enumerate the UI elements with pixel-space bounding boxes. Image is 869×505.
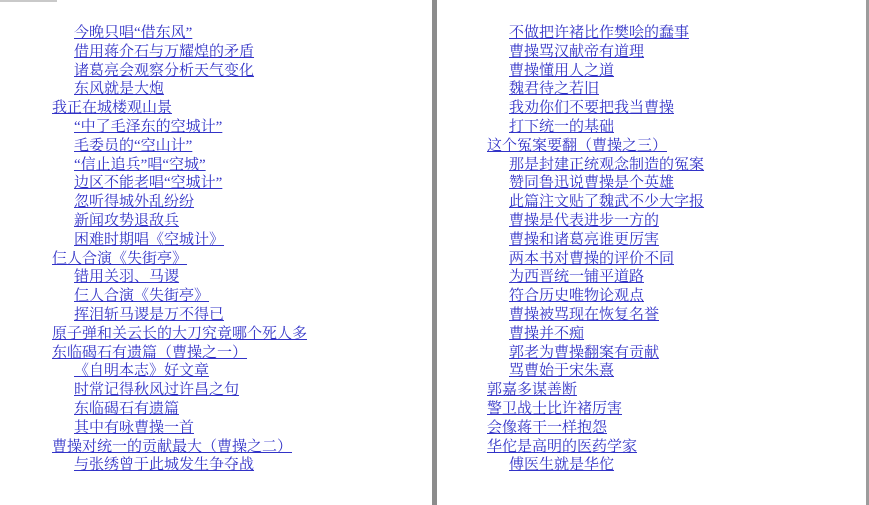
toc-link[interactable]: 曹操被骂现在恢复名誉 [509,307,659,323]
toc-row: 原子弹和关云长的大刀究竟哪个死人多 [52,325,424,344]
document-two-page-view: 今晚只唱“借东风”借用蒋介石与万耀煌的矛盾诸葛亮会观察分析天气变化东风就是大炮我… [0,0,869,505]
toc-link[interactable]: 东临碣石有遗篇（曹操之一） [52,345,247,361]
toc-row: 打下统一的基础 [487,118,859,137]
toc-row: 这个冤案要翻（曹操之三） [487,137,859,156]
toc-link[interactable]: “中了毛泽东的空城计” [74,119,222,135]
toc-link[interactable]: 曹操对统一的贡献最大（曹操之二） [52,439,292,455]
toc-link[interactable]: 曹操是代表进步一方的 [509,213,659,229]
toc-link[interactable]: 郭嘉多谋善断 [487,382,577,398]
toc-link[interactable]: 为西晋统一铺平道路 [509,269,644,285]
toc-row: 忽听得城外乱纷纷 [52,193,424,212]
toc-row: 困难时期唱《空城计》 [52,231,424,250]
toc-row: 与张绣曾于此城发生争夺战 [52,456,424,475]
toc-row: 郭嘉多谋善断 [487,381,859,400]
toc-link[interactable]: 打下统一的基础 [509,119,614,135]
toc-row: 挥泪斩马谡是万不得已 [52,306,424,325]
toc-link[interactable]: 东临碣石有遗篇 [74,401,179,417]
toc-link[interactable]: 忽听得城外乱纷纷 [74,194,194,210]
toc-link[interactable]: 曹操骂汉献帝有道理 [509,44,644,60]
toc-row: 曹操被骂现在恢复名誉 [487,306,859,325]
toc-row: 魏君待之若旧 [487,80,859,99]
toc-row: “信止追兵”唱“空城” [52,156,424,175]
toc-row: 我劝你们不要把我当曹操 [487,99,859,118]
toc-row: 仨人合演《失街亭》 [52,287,424,306]
toc-link[interactable]: 警卫战士比许褚厉害 [487,401,622,417]
toc-link[interactable]: 我劝你们不要把我当曹操 [509,100,674,116]
toc-link[interactable]: 东风就是大炮 [74,81,164,97]
toc-row: 郭老为曹操翻案有贡献 [487,344,859,363]
toc-column-left: 今晚只唱“借东风”借用蒋介石与万耀煌的矛盾诸葛亮会观察分析天气变化东风就是大炮我… [52,24,424,475]
toc-row: 东临碣石有遗篇 [52,400,424,419]
toc-link[interactable]: 挥泪斩马谡是万不得已 [74,307,224,323]
toc-row: 曹操骂汉献帝有道理 [487,43,859,62]
toc-link[interactable]: 曹操并不痴 [509,326,584,342]
toc-link[interactable]: 错用关羽、马谡 [74,269,179,285]
toc-link[interactable]: 其中有咏曹操一首 [74,420,194,436]
toc-link[interactable]: 会像蒋干一样抱怨 [487,420,607,436]
toc-link[interactable]: 时常记得秋风过许昌之句 [74,382,239,398]
toc-link[interactable]: 曹操和诸葛亮谁更厉害 [509,232,659,248]
toc-row: 会像蒋干一样抱怨 [487,419,859,438]
toc-row: 此篇注文贴了魏武不少大字报 [487,193,859,212]
toc-link[interactable]: “信止追兵”唱“空城” [74,157,206,173]
toc-row: 曹操对统一的贡献最大（曹操之二） [52,438,424,457]
toc-link[interactable]: 原子弹和关云长的大刀究竟哪个死人多 [52,326,307,342]
top-edge-artifact [0,0,57,2]
toc-link[interactable]: 借用蒋介石与万耀煌的矛盾 [74,44,254,60]
toc-link[interactable]: 华佗是高明的医药学家 [487,439,637,455]
toc-row: 我正在城楼观山景 [52,99,424,118]
page-divider [432,0,437,505]
toc-row: 华佗是高明的医药学家 [487,438,859,457]
toc-row: 《自明本志》好文章 [52,362,424,381]
toc-link[interactable]: 这个冤案要翻（曹操之三） [487,138,667,154]
toc-row: 曹操是代表进步一方的 [487,212,859,231]
toc-link[interactable]: 新闻攻势退敌兵 [74,213,179,229]
toc-row: 毛委员的“空山计” [52,137,424,156]
toc-link[interactable]: 曹操懂用人之道 [509,63,614,79]
toc-row: 时常记得秋风过许昌之句 [52,381,424,400]
toc-link[interactable]: 《自明本志》好文章 [74,363,209,379]
toc-link[interactable]: 骂曹始于宋朱熹 [509,363,614,379]
toc-row: 今晚只唱“借东风” [52,24,424,43]
toc-row: 新闻攻势退敌兵 [52,212,424,231]
toc-row: 那是封建正统观念制造的冤案 [487,156,859,175]
toc-row: 曹操和诸葛亮谁更厉害 [487,231,859,250]
toc-link[interactable]: 郭老为曹操翻案有贡献 [509,345,659,361]
toc-link[interactable]: 此篇注文贴了魏武不少大字报 [509,194,704,210]
toc-link[interactable]: 符合历史唯物论观点 [509,288,644,304]
toc-link[interactable]: 我正在城楼观山景 [52,100,172,116]
toc-link[interactable]: 不做把许褚比作樊哙的蠢事 [509,25,689,41]
toc-row: 赞同鲁迅说曹操是个英雄 [487,174,859,193]
toc-link[interactable]: 那是封建正统观念制造的冤案 [509,157,704,173]
toc-row: 警卫战士比许褚厉害 [487,400,859,419]
toc-row: 边区不能老唱“空城计” [52,174,424,193]
toc-row: 仨人合演《失街亭》 [52,250,424,269]
toc-link[interactable]: 赞同鲁迅说曹操是个英雄 [509,175,674,191]
toc-link[interactable]: 与张绣曾于此城发生争夺战 [74,457,254,473]
toc-row: “中了毛泽东的空城计” [52,118,424,137]
toc-link[interactable]: 傅医生就是华佗 [509,457,614,473]
toc-row: 傅医生就是华佗 [487,456,859,475]
toc-row: 错用关羽、马谡 [52,268,424,287]
toc-row: 曹操并不痴 [487,325,859,344]
toc-link[interactable]: 诸葛亮会观察分析天气变化 [74,63,254,79]
toc-row: 两本书对曹操的评价不同 [487,250,859,269]
toc-column-right: 不做把许褚比作樊哙的蠢事曹操骂汉献帝有道理曹操懂用人之道魏君待之若旧我劝你们不要… [487,24,859,475]
toc-row: 符合历史唯物论观点 [487,287,859,306]
toc-link[interactable]: 毛委员的“空山计” [74,138,192,154]
toc-link[interactable]: 两本书对曹操的评价不同 [509,251,674,267]
toc-row: 曹操懂用人之道 [487,62,859,81]
toc-link[interactable]: 边区不能老唱“空城计” [74,175,222,191]
toc-link[interactable]: 魏君待之若旧 [509,81,599,97]
toc-row: 借用蒋介石与万耀煌的矛盾 [52,43,424,62]
toc-row: 诸葛亮会观察分析天气变化 [52,62,424,81]
toc-link[interactable]: 困难时期唱《空城计》 [74,232,224,248]
toc-row: 东风就是大炮 [52,80,424,99]
toc-row: 其中有咏曹操一首 [52,419,424,438]
toc-row: 为西晋统一铺平道路 [487,268,859,287]
toc-row: 不做把许褚比作樊哙的蠢事 [487,24,859,43]
toc-row: 东临碣石有遗篇（曹操之一） [52,344,424,363]
toc-link[interactable]: 仨人合演《失街亭》 [52,251,187,267]
toc-row: 骂曹始于宋朱熹 [487,362,859,381]
toc-link[interactable]: 仨人合演《失街亭》 [74,288,209,304]
toc-link[interactable]: 今晚只唱“借东风” [74,25,192,41]
